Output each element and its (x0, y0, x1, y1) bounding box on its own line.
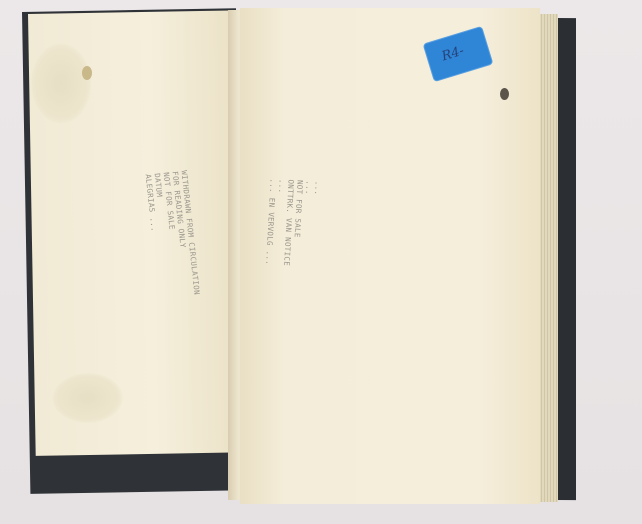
stain (52, 372, 123, 423)
sticker-label: R4- (440, 44, 466, 65)
withdrawn-stamp-right: ... ... NOT FOR SALE ONTTRK. VAN NOTICE … (264, 178, 322, 267)
page-hole (500, 88, 509, 100)
stain (31, 43, 92, 124)
inside-front-cover-page (28, 10, 238, 455)
page-damage (82, 66, 92, 80)
